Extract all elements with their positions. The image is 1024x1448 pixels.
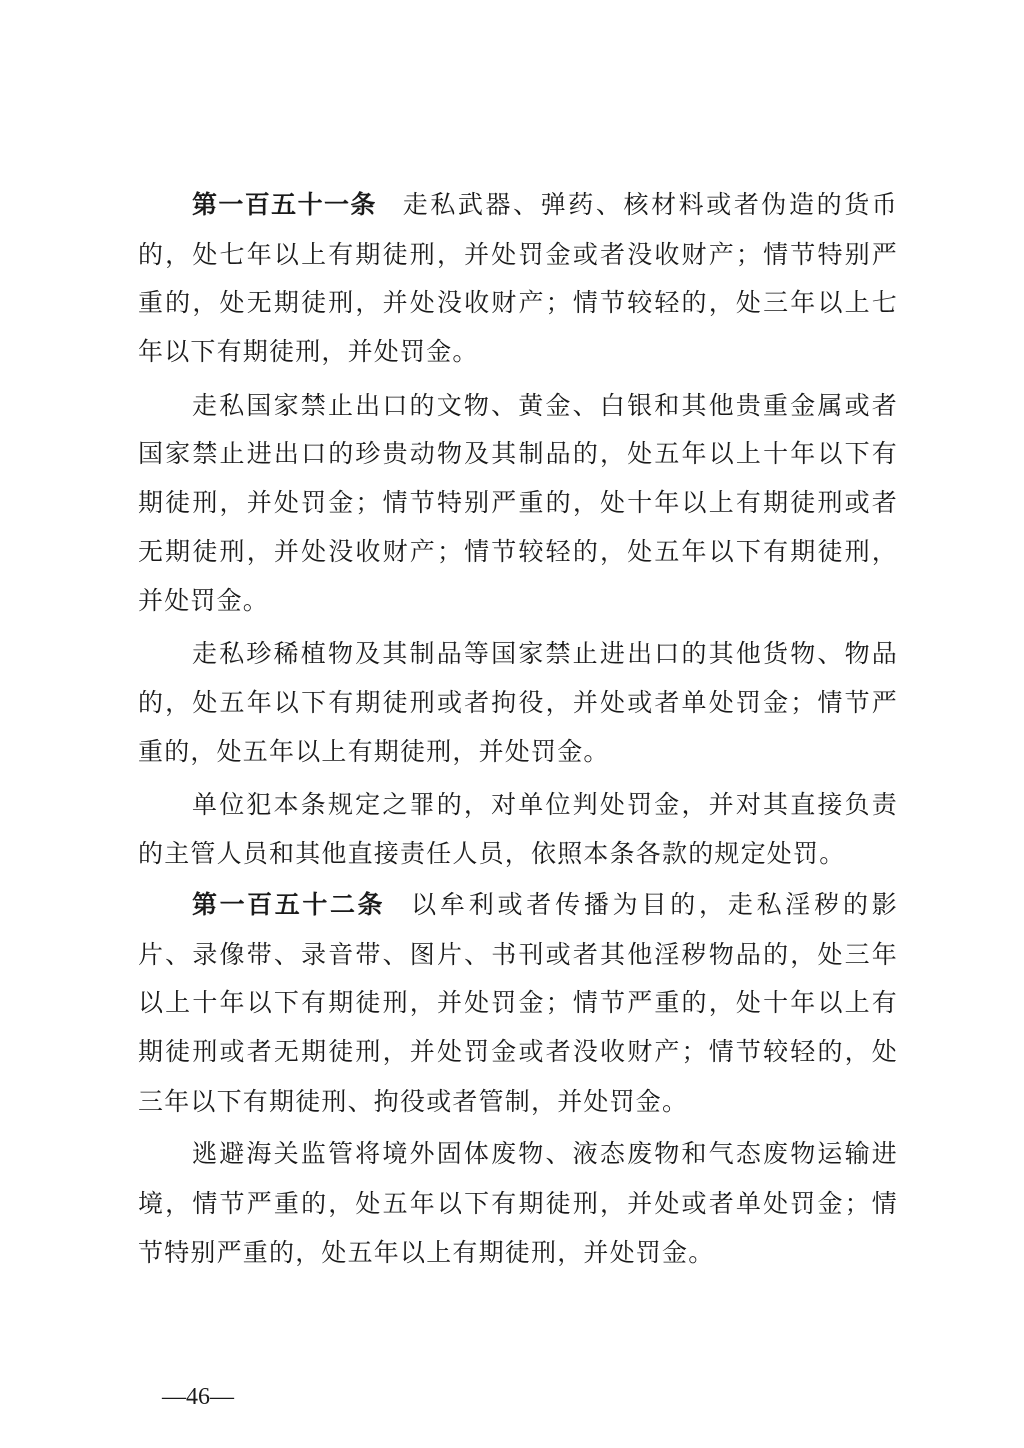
paragraph-line: 的，处五年以下有期徒刑或者拘役，并处或者单处罚金；情节严: [138, 688, 898, 718]
paragraph-line: 并处罚金。: [138, 586, 898, 616]
paragraph-line: 走私珍稀植物及其制品等国家禁止进出口的其他货物、物品: [192, 639, 898, 669]
paragraph-line: 境，情节严重的，处五年以下有期徒刑，并处或者单处罚金；情: [138, 1189, 898, 1219]
paragraph-line: 三年以下有期徒刑、拘役或者管制，并处罚金。: [138, 1087, 898, 1117]
paragraph-line: 片、录像带、录音带、图片、书刊或者其他淫秽物品的，处三年: [138, 940, 898, 970]
paragraph-line: 年以下有期徒刑，并处罚金。: [138, 337, 898, 367]
paragraph-line: 节特别严重的，处五年以上有期徒刑，并处罚金。: [138, 1238, 898, 1268]
paragraph-line: 重的，处五年以上有期徒刑，并处罚金。: [138, 737, 898, 767]
paragraph-line: 的，处七年以上有期徒刑，并处罚金或者没收财产；情节特别严: [138, 240, 898, 270]
paragraph-line: 的主管人员和其他直接责任人员，依照本条各款的规定处罚。: [138, 839, 898, 869]
paragraph-line: 以上十年以下有期徒刑，并处罚金；情节严重的，处十年以上有: [138, 988, 898, 1018]
line-text: 以牟利或者传播为目的，走私淫秽的影: [411, 890, 898, 919]
paragraph-line: 期徒刑或者无期徒刑，并处罚金或者没收财产；情节较轻的，处: [138, 1037, 898, 1067]
paragraph-line: 单位犯本条规定之罪的，对单位判处罚金，并对其直接负责: [192, 790, 898, 820]
paragraph-line: 逃避海关监管将境外固体废物、液态废物和气态废物运输进: [192, 1139, 898, 1169]
line-text: 走私武器、弹药、核材料或者伪造的货币: [403, 190, 898, 219]
paragraph-line: 第一百五十二条以牟利或者传播为目的，走私淫秽的影: [192, 890, 898, 920]
article-heading: 第一百五十二条: [192, 890, 385, 919]
paragraph-line: 期徒刑，并处罚金；情节特别严重的，处十年以上有期徒刑或者: [138, 488, 898, 518]
paragraph-line: 走私国家禁止出口的文物、黄金、白银和其他贵重金属或者: [192, 391, 898, 421]
article-heading: 第一百五十一条: [192, 190, 377, 219]
paragraph-line: 重的，处无期徒刑，并处没收财产；情节较轻的，处三年以上七: [138, 288, 898, 318]
paragraph-line: 无期徒刑，并处没收财产；情节较轻的，处五年以下有期徒刑，: [138, 537, 898, 567]
paragraph-line: 第一百五十一条走私武器、弹药、核材料或者伪造的货币: [192, 190, 898, 220]
document-page: 第一百五十一条走私武器、弹药、核材料或者伪造的货币 的，处七年以上有期徒刑，并处…: [0, 0, 1024, 1448]
page-number: —46—: [162, 1382, 234, 1412]
paragraph-line: 国家禁止进出口的珍贵动物及其制品的，处五年以上十年以下有: [138, 439, 898, 469]
